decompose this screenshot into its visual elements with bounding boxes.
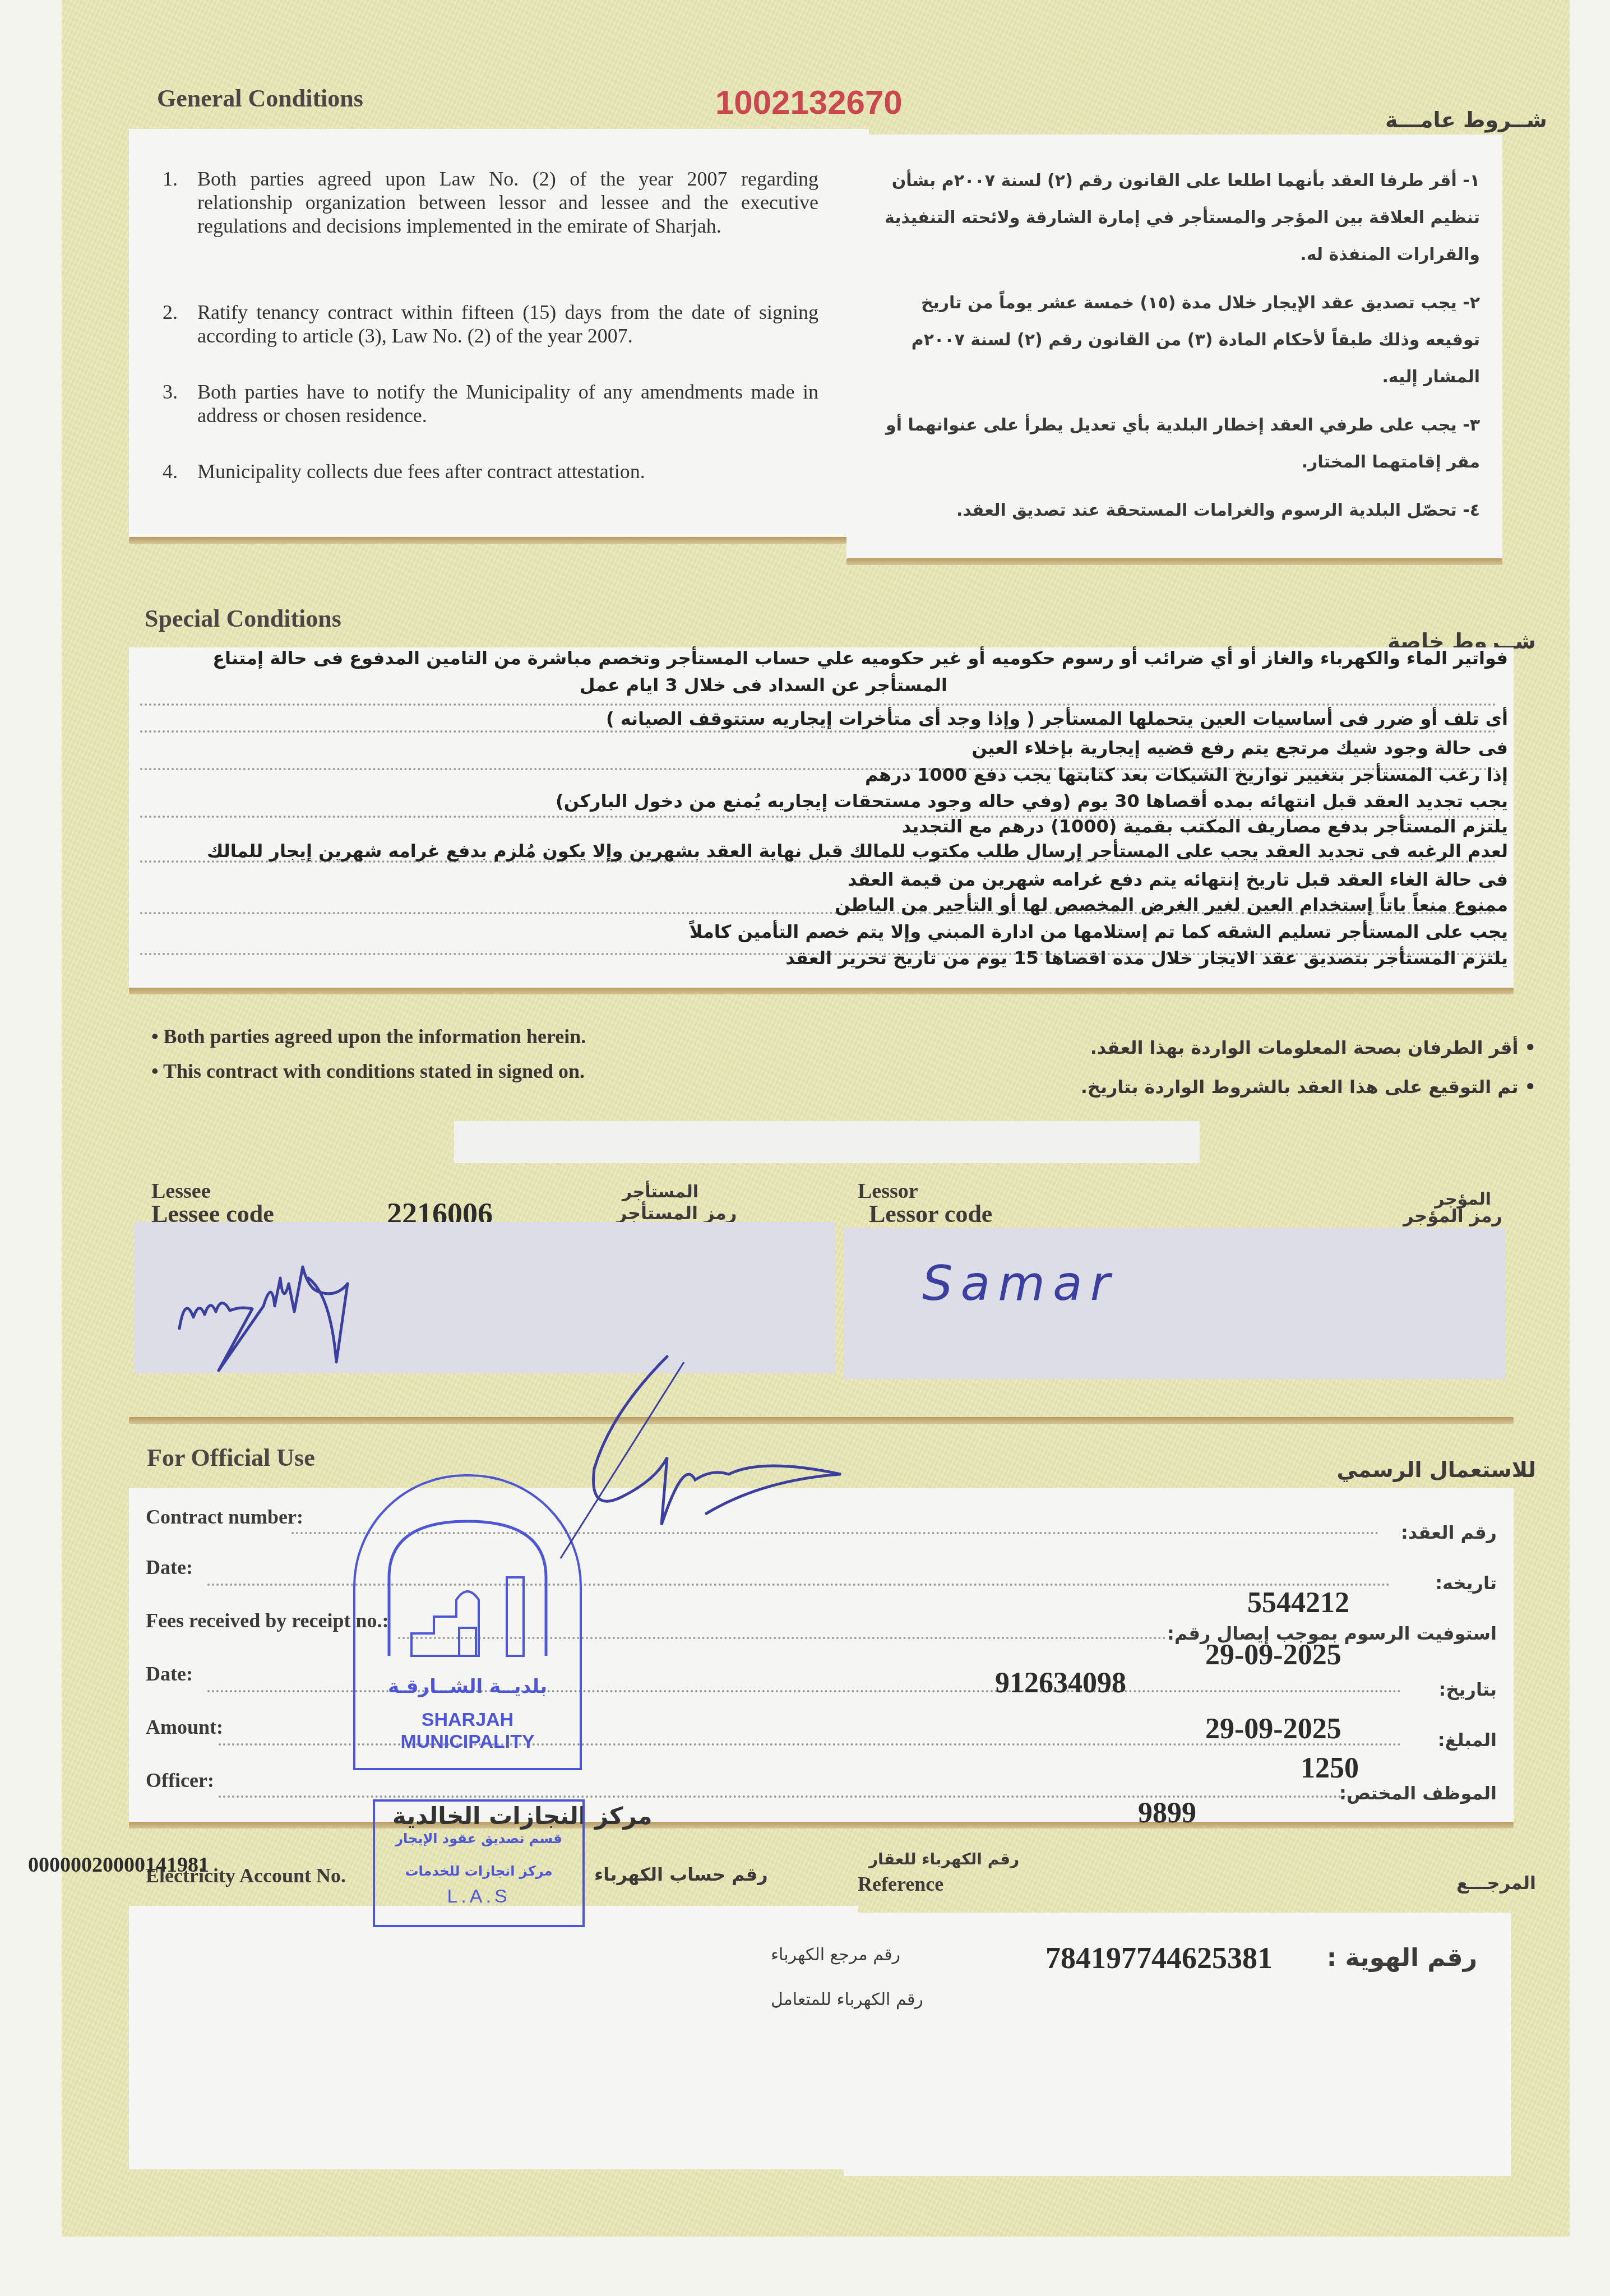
receipt-date-label-en: Date: xyxy=(146,1662,193,1686)
special-condition-item: أى تلف أو ضرر فى أساسيات العين يتحملها ا… xyxy=(606,708,1508,729)
official-signature xyxy=(527,1345,975,1581)
receipt-date-label-ar: بتاريخ: xyxy=(1439,1679,1497,1700)
special-conditions-title-en: Special Conditions xyxy=(145,604,341,633)
panel-shadow xyxy=(129,988,1514,994)
signing-date-field[interactable] xyxy=(454,1121,1200,1163)
general-conditions-title-ar: شــروط عامـــة xyxy=(1385,108,1547,132)
contract-date-label-ar: تاريخه: xyxy=(1435,1572,1497,1594)
lessor-code-label-ar: رمز المؤجر xyxy=(1403,1205,1502,1226)
fee-amount-value: 1250 xyxy=(1301,1752,1359,1785)
agreement-statement-ar: • أقر الطرفان بصحة المعلومات الواردة بهذ… xyxy=(1090,1037,1536,1058)
lessor-signature: Samar xyxy=(922,1256,1118,1312)
special-condition-item: فواتير الماء والكهرباء والغاز أو أي ضرائ… xyxy=(212,647,1508,669)
official-use-title-en: For Official Use xyxy=(147,1443,315,1472)
panel-shadow xyxy=(129,1822,1514,1829)
special-condition-item: المستأجر عن السداد فى خلال 3 ايام عمل xyxy=(580,674,947,696)
special-condition-item: يلتزم المستأجر بدفع مصاريف المكتب بقمية … xyxy=(902,816,1508,837)
amount-date-value: 29-09-2025 xyxy=(1205,1712,1341,1746)
customer-electricity-label-ar: رقم الكهرباء للمتعامل xyxy=(771,1990,923,2010)
stamp-department-box: قسم تصديق عقود الإيجار مركز انجازات للخد… xyxy=(373,1799,585,1927)
amount-label-ar: المبلغ: xyxy=(1438,1729,1497,1751)
panel-shadow xyxy=(846,558,1502,565)
amount-label-en: Amount: xyxy=(146,1715,223,1739)
lessee-code-label-ar: رمز المستأجر xyxy=(617,1202,737,1224)
special-condition-item: يجب على المستأجر تسليم الشقه كما تم إستل… xyxy=(690,921,1508,942)
special-condition-item: إذا رغب المستأجر بتغيير تواريخ الشيكات ب… xyxy=(865,764,1508,785)
contract-serial-number: 1002132670 xyxy=(715,83,903,122)
special-condition-item: يجب تجديد العقد قبل انتهائه بمده أقصاها … xyxy=(556,790,1508,812)
id-number-value: 784197744625381 xyxy=(1045,1941,1273,1975)
id-number-label-ar: رقم الهوية : xyxy=(1327,1943,1477,1972)
special-conditions-panel: فواتير الماء والكهرباء والغاز أو أي ضرائ… xyxy=(129,647,1514,989)
contract-number-label-ar: رقم العقد: xyxy=(1401,1522,1497,1543)
reference-label-ar: المرجـــع xyxy=(1456,1872,1536,1894)
electricity-account-number: 00000020000141981 xyxy=(28,1853,209,1877)
tenancy-contract-page: General Conditions 1002132670 شــروط عام… xyxy=(62,0,1570,2237)
special-condition-item: لعدم الرغبه فى تجديد العقد يجب على المست… xyxy=(207,840,1508,862)
lessor-label-en: Lessor xyxy=(858,1182,918,1201)
lessee-label-en: Lessee xyxy=(151,1182,211,1201)
general-condition-item-ar: ٤- تحصّل البلدية الرسوم والغرامات المستح… xyxy=(869,492,1480,529)
receipt-number-value: 5544212 xyxy=(1247,1586,1349,1619)
contract-date-label-en: Date: xyxy=(146,1556,193,1579)
general-condition-item-ar: ٢- يجب تصديق عقد الإيجار خلال مدة (١٥) خ… xyxy=(869,285,1480,396)
officer-label-en: Officer: xyxy=(146,1769,214,1792)
receipt-date-value: 29-09-2025 xyxy=(1205,1638,1341,1672)
special-condition-item: يلتزم المستأجر بتصديق عقد الايجار خلال م… xyxy=(785,947,1508,969)
stamp-center-ar: مركز انجازات للخدمات xyxy=(375,1863,582,1879)
stamp-name-en: SHARJAH MUNICIPALITY xyxy=(355,1709,580,1753)
lessee-label-ar: المستأجر xyxy=(622,1184,698,1201)
general-conditions-en-panel: 1. Both parties agreed upon Law No. (2) … xyxy=(129,129,869,538)
general-condition-item-ar: ١- أقر طرفا العقد بأنهما اطلعا على القان… xyxy=(869,163,1480,274)
panel-shadow xyxy=(129,537,869,544)
special-condition-item: فى حالة الغاء العقد قبل تاريخ إنتهائه يت… xyxy=(848,869,1508,890)
property-electricity-label-ar: رقم الكهرباء للعقار xyxy=(869,1850,1019,1868)
general-conditions-ar-panel: ١- أقر طرفا العقد بأنهما اطلعا على القان… xyxy=(846,135,1502,561)
stamp-name-ar: بلديــة الشــارقـة xyxy=(355,1675,580,1698)
general-conditions-title-en: General Conditions xyxy=(157,84,363,113)
electricity-account-box[interactable] xyxy=(129,1906,858,2169)
electricity-reference-label-ar: رقم مرجع الكهرباء xyxy=(771,1945,900,1965)
stamp-department-ar: قسم تصديق عقود الإيجار xyxy=(375,1831,582,1846)
reference-label-en: Reference xyxy=(858,1872,943,1896)
contract-number-label-en: Contract number: xyxy=(146,1505,303,1529)
agreement-statement-en: • This contract with conditions stated i… xyxy=(151,1059,585,1083)
electricity-account-label-ar: رقم حساب الكهرباء xyxy=(594,1864,768,1885)
official-use-title-ar: للاستعمال الرسمي xyxy=(1336,1457,1536,1482)
lessor-code-label-en: Lessor code xyxy=(869,1200,992,1228)
agreement-statement-en: • Both parties agreed upon the informati… xyxy=(151,1025,586,1048)
amount-line-value: 912634098 xyxy=(995,1667,1126,1700)
agreement-statement-ar: • تم التوقيع على هذا العقد بالشروط الوار… xyxy=(1081,1076,1536,1098)
special-condition-item: ممنوع منعاً باتاً إستخدام العين لغير الغ… xyxy=(835,894,1508,915)
officer-label-ar: الموظف المختص: xyxy=(1339,1783,1497,1804)
receipt-number-label-en: Fees received by receipt no.: xyxy=(146,1609,389,1632)
officer-id-value: 9899 xyxy=(1138,1797,1196,1830)
special-condition-item: فى حالة وجود شيك مرتجع يتم رفع قضيه إيجا… xyxy=(971,737,1508,758)
reference-box: 784197744625381 رقم الهوية : xyxy=(844,1913,1511,2176)
stamp-code: L.A.S xyxy=(375,1886,582,1908)
general-condition-item-ar: ٣- يجب على طرفي العقد إخطار البلدية بأي … xyxy=(869,407,1480,481)
